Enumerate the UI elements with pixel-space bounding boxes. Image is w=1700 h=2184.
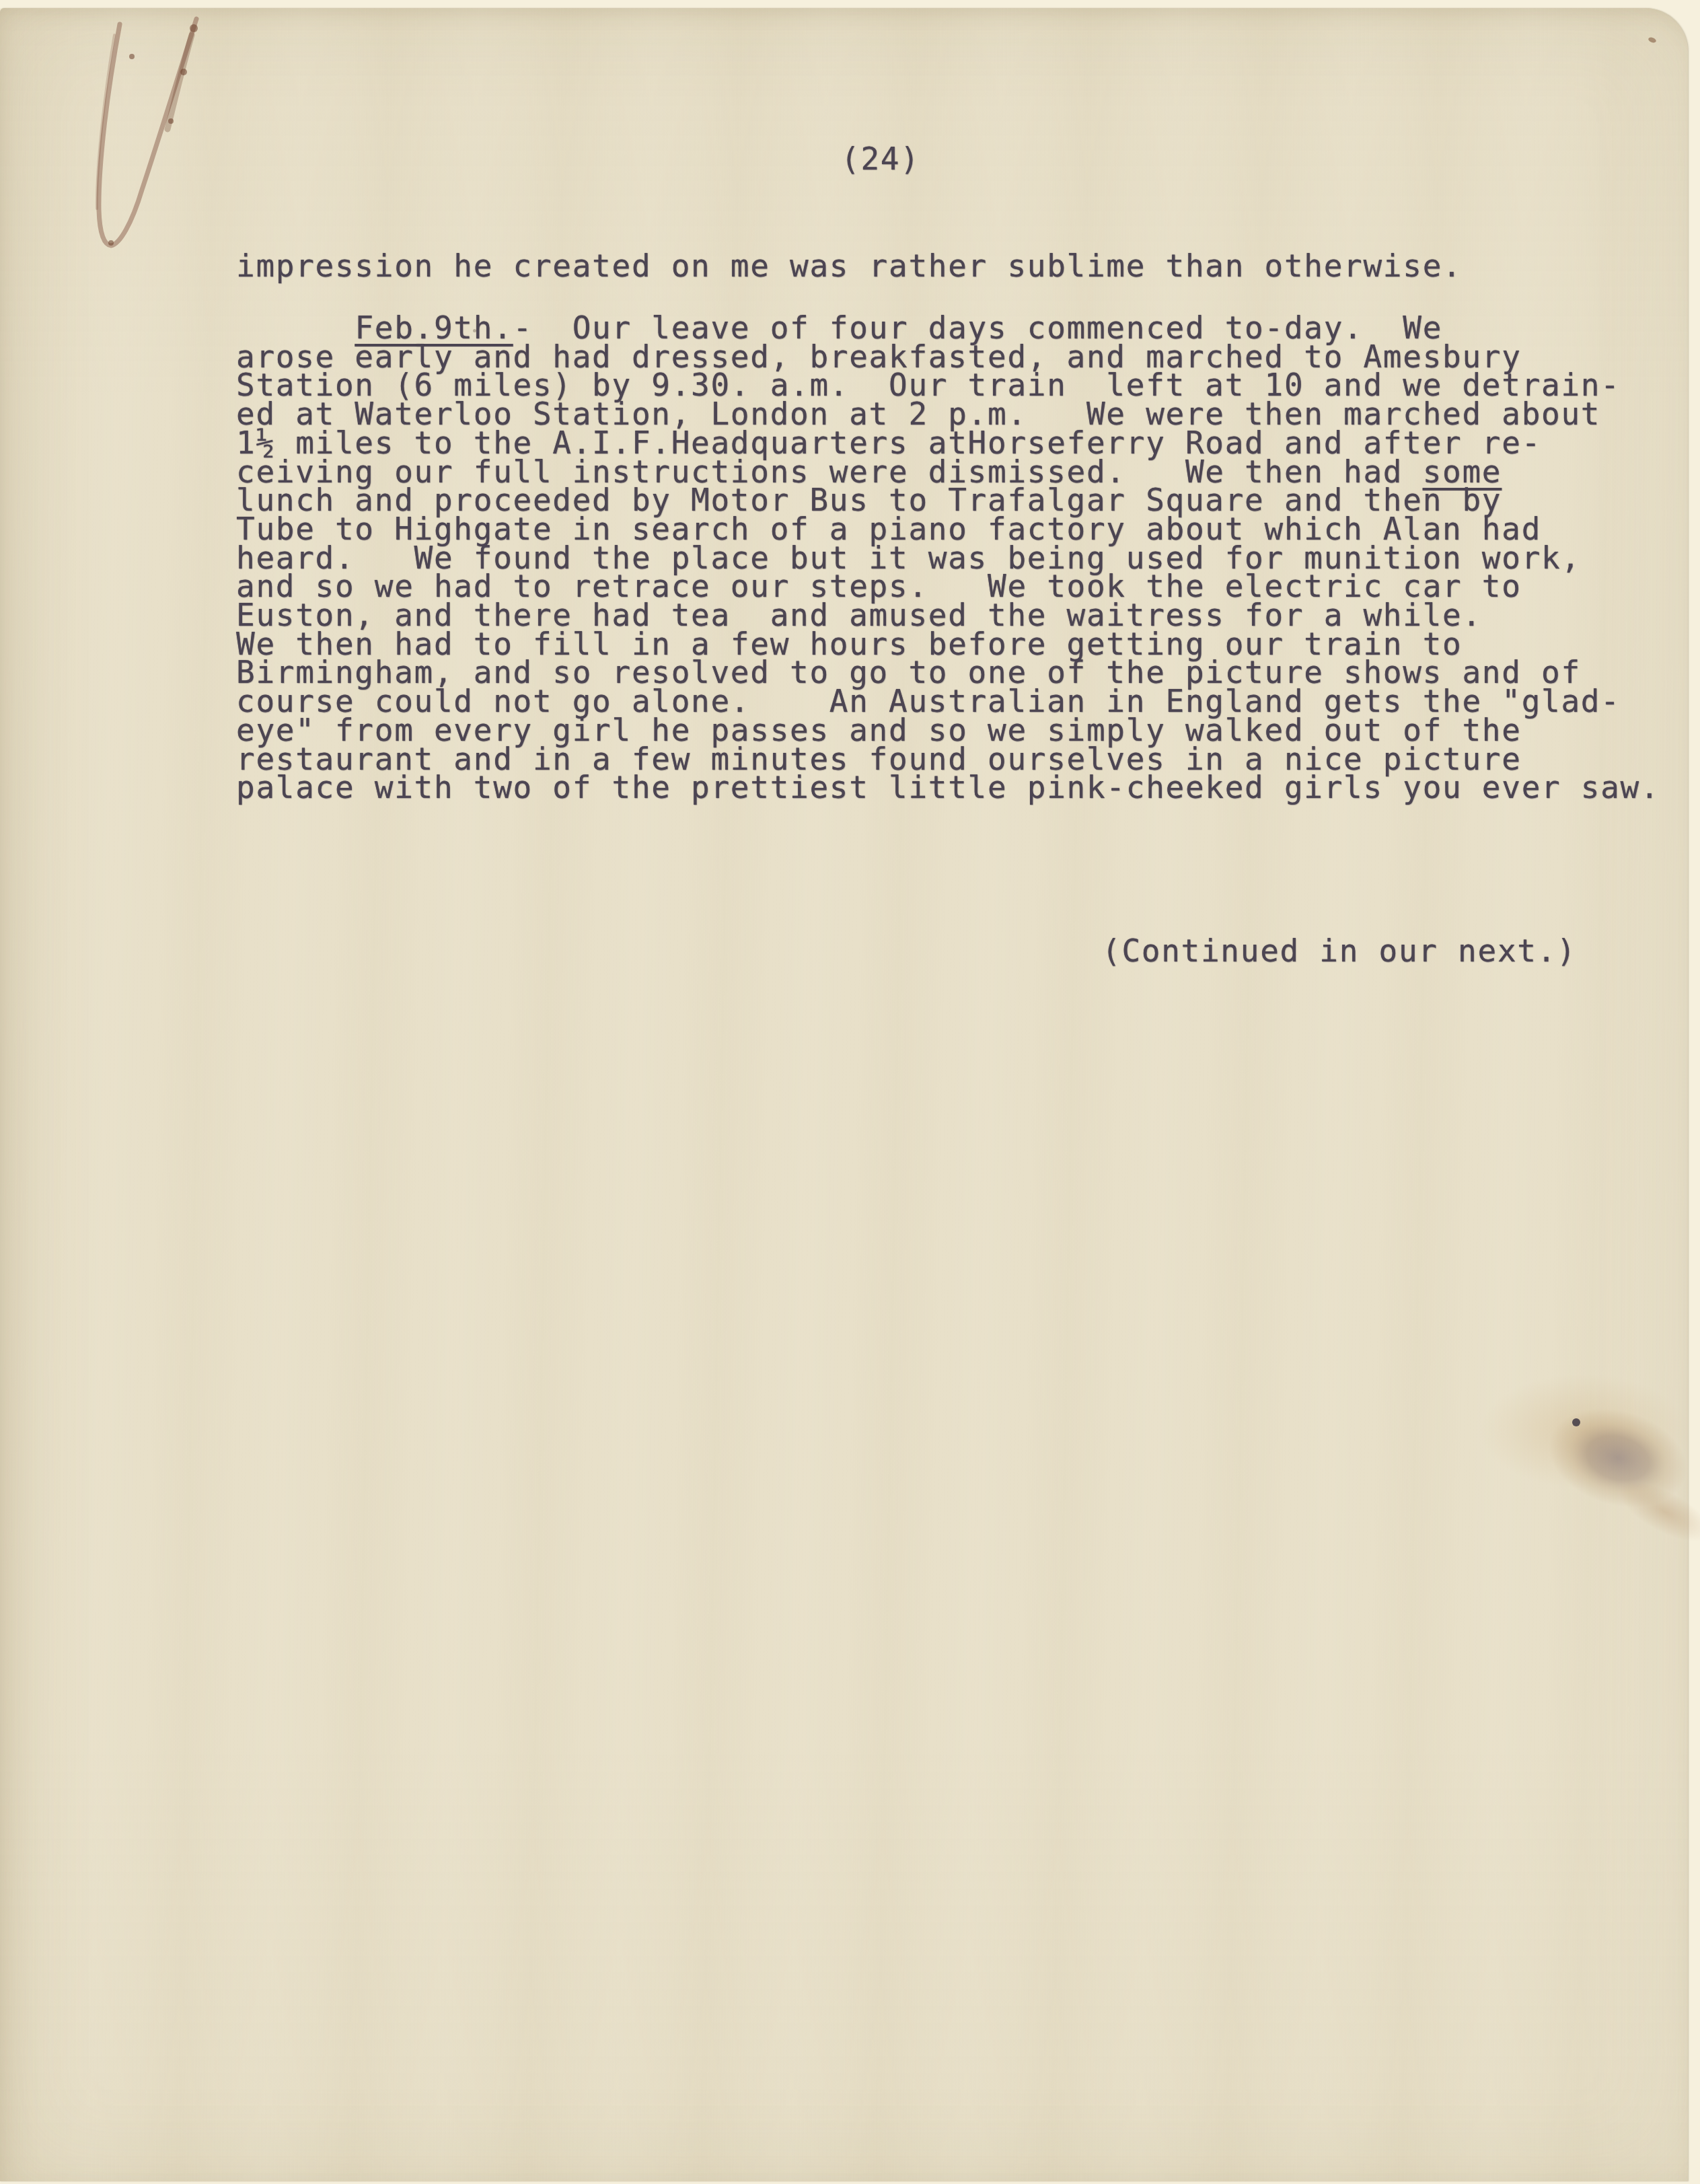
ink-stain (1467, 1347, 1700, 1556)
intro-line: impression he created on me was rather s… (236, 252, 1462, 281)
paper-page: (24) impression he created on me was rat… (0, 8, 1688, 2181)
stain-dot (1572, 1418, 1580, 1426)
typed-line: palace with two of the prettiest little … (236, 773, 1660, 802)
typed-segment: palace with two of the prettiest little … (236, 769, 1660, 805)
rust-crease-mark (40, 8, 256, 291)
diary-entry-paragraph: Feb.9th.- Our leave of four days commenc… (236, 314, 1660, 802)
scanned-document: (24) impression he created on me was rat… (0, 0, 1700, 2184)
closing-line: (Continued in our next.) (1102, 937, 1576, 966)
paper-speck (1648, 36, 1657, 44)
page-number: (24) (841, 145, 920, 174)
